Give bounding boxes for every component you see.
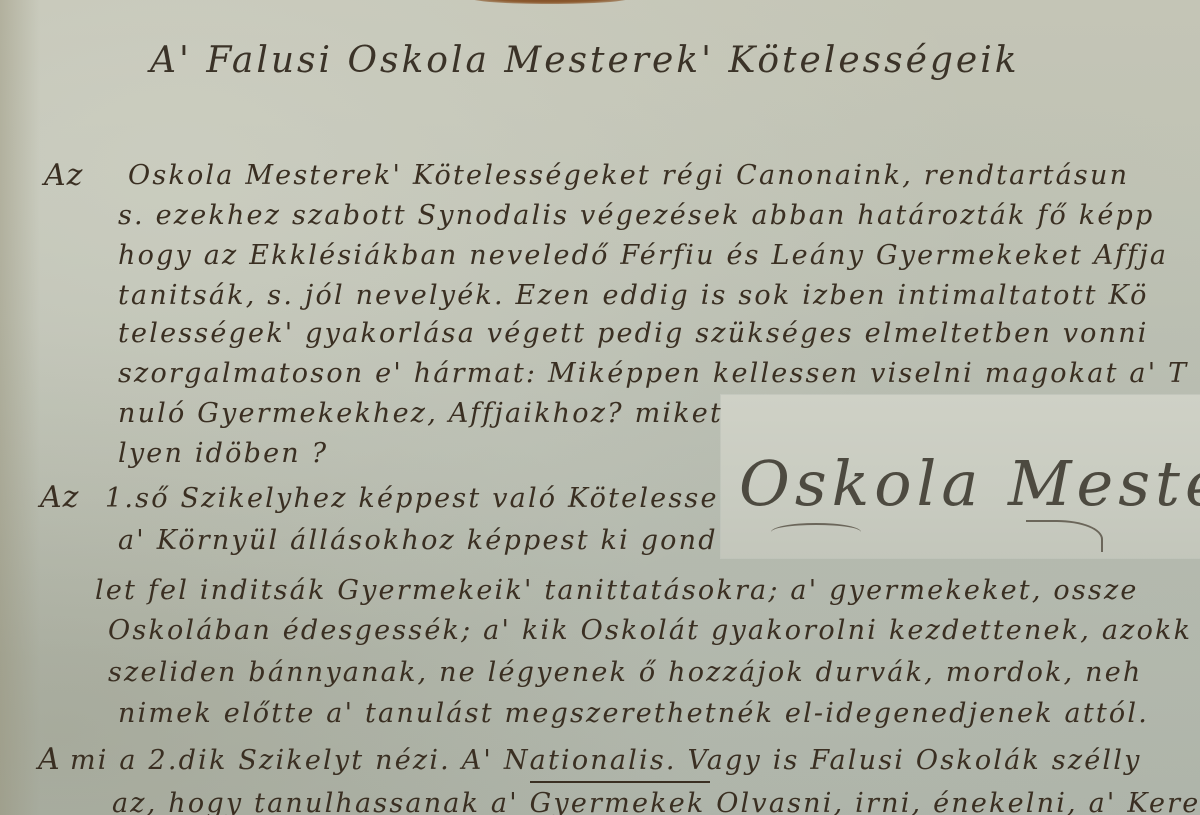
- text-line: nimek előtte a' tanulást megszerethetnék…: [118, 698, 1149, 729]
- text-line: a' Környül állásokhoz képpest ki gond: [118, 525, 718, 556]
- margin-initial-1: Az: [44, 158, 83, 193]
- margin-initial-3: A: [38, 742, 61, 777]
- margin-initial-2: Az: [40, 480, 79, 515]
- text-line: lyen idöben ?: [118, 438, 328, 469]
- text-line: telességek' gyakorlása végett pedig szük…: [118, 318, 1149, 349]
- text-line: 1.ső Szikelyhez képpest való Kötelesse: [105, 483, 719, 514]
- magnifier-inset: Oskola Mesterek: [721, 395, 1200, 558]
- text-line: tanitsák, s. jól nevelyék. Ezen eddig is…: [118, 280, 1149, 311]
- text-line: s. ezekhez szabott Synodalis végezések a…: [118, 200, 1154, 231]
- text-line: szeliden bánnyanak, ne légyenek ő hozzáj…: [108, 657, 1143, 688]
- manuscript-page: A' Falusi Oskola Mesterek' Kötelességeik…: [0, 0, 1200, 815]
- document-title: A' Falusi Oskola Mesterek' Kötelességeik: [150, 40, 1020, 81]
- text-line: nuló Gyermekekhez, Affjaikhoz? miket: [118, 398, 723, 429]
- wax-stain: [470, 0, 630, 4]
- text-line: Oskolában édesgessék; a' kik Oskolát gya…: [108, 615, 1192, 646]
- text-line: szorgalmatoson e' hármat: Miképpen kelle…: [118, 358, 1188, 389]
- text-line: hogy az Ekklésiákban neveledő Férfiu és …: [118, 240, 1168, 271]
- text-line: Oskola Mesterek' Kötelességeket régi Can…: [128, 160, 1129, 191]
- inset-flourish: [771, 523, 861, 541]
- inset-flourish: [1026, 520, 1103, 552]
- inset-text: Oskola Mesterek: [739, 447, 1200, 520]
- text-line: az, hogy tanulhassanak a' Gyermekek Olva…: [112, 788, 1200, 815]
- text-line: mi a 2.dik Szikelyt nézi. A' Nationalis.…: [70, 745, 1142, 776]
- text-line: let fel inditsák Gyermekeik' tanittatáso…: [95, 575, 1139, 606]
- underline-nationalis: [530, 780, 710, 783]
